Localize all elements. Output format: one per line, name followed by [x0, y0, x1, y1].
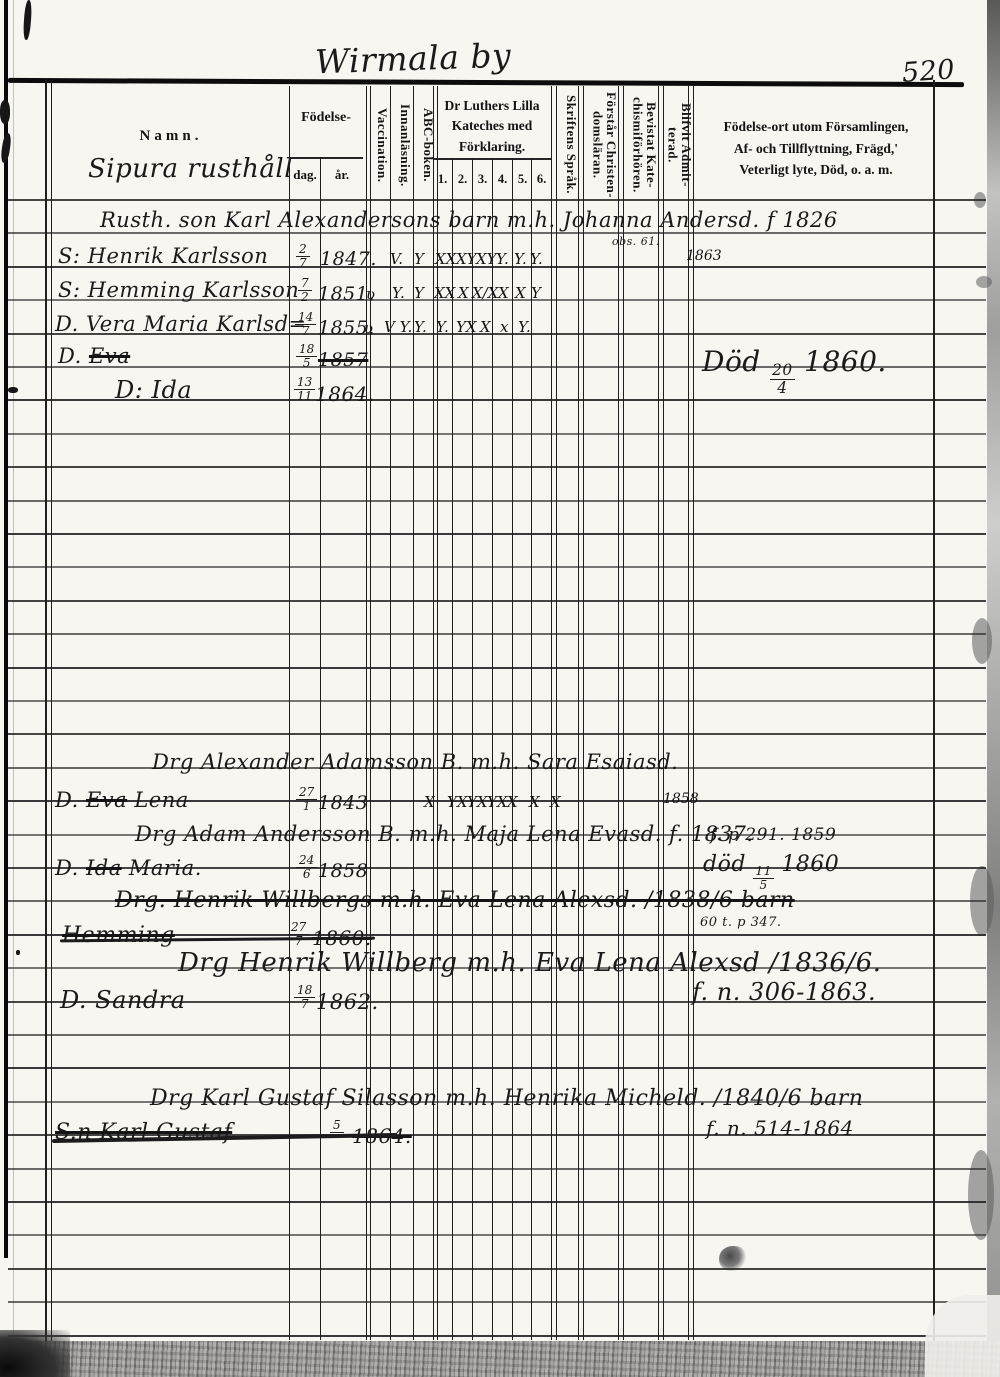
ruled-line: [8, 1301, 986, 1303]
scan-page-curl: [925, 1295, 1000, 1377]
birth-year: 1843: [318, 794, 368, 813]
mark-k5: X: [529, 793, 540, 811]
ruled-line: [8, 466, 986, 468]
page-title: Wirmala by: [314, 39, 511, 79]
ruled-line: [8, 1335, 986, 1337]
scan-noise-band: [0, 1341, 1000, 1377]
column-header-ar: år.: [322, 166, 362, 185]
kateches-col-4: 4.: [493, 170, 512, 188]
column-line: [531, 158, 532, 1340]
column-line: [492, 158, 493, 1340]
ruled-line: [8, 1034, 986, 1036]
family-header: Drg Alexander Adamsson B. m.h. Sara Esai…: [152, 752, 678, 773]
mark-k2: YX: [467, 793, 488, 811]
column-line: [413, 86, 414, 1340]
column-line: [578, 86, 579, 1340]
column-line: [45, 80, 47, 1346]
ink-speck: [23, 0, 33, 40]
ink-speck: [968, 1150, 994, 1240]
mark-k2: X: [458, 284, 469, 302]
margin-note: f. n. 306-1863.: [692, 980, 876, 1004]
mark-vaccination: ʋ: [366, 285, 375, 303]
column-header-fodelse: Födelse-: [290, 108, 362, 128]
mark-k1: YX: [447, 793, 468, 811]
mark-k6: X: [550, 793, 561, 811]
ink-speck: [976, 276, 992, 288]
mark-vaccination: ʋ: [364, 319, 373, 337]
column-line: [366, 86, 367, 1340]
scanned-church-record-page: Wirmala by 520 Namn. Sipura rusthåll Föd…: [0, 0, 1000, 1377]
ruled-line: [8, 700, 986, 702]
ruled-line: [8, 1234, 986, 1236]
mark-k5: X: [515, 284, 526, 302]
ruled-line: [8, 533, 986, 535]
birth-date: 246: [296, 854, 317, 881]
mark-abc: Y: [414, 284, 424, 302]
admitted-year: 1858: [663, 791, 699, 807]
ruled-line: [8, 733, 986, 735]
person-name: S: Hemming Karlsson: [58, 280, 299, 301]
kateches-col-1: 1.: [433, 170, 452, 188]
birth-year: 1847.: [320, 250, 377, 269]
mark-k3: X/X: [472, 284, 498, 302]
admitted-year: 1863: [686, 248, 722, 264]
mark-k4: Y.: [496, 250, 509, 268]
mark-k4: X: [498, 284, 509, 302]
kateches-col-2: 2.: [453, 170, 472, 188]
kateches-col-3: 3.: [473, 170, 492, 188]
column-header-anmarkningar: Födelse-ort utom Församlingen, Af- och T…: [700, 116, 932, 181]
birth-date: 147: [295, 311, 316, 338]
person-name: D. Ida Maria.: [55, 858, 202, 879]
mark-k6: Y: [531, 284, 541, 302]
family-header: Drg Karl Gustaf Silasson m.h. Henrika Mi…: [150, 1088, 863, 1110]
column-header-kateches: Dr Luthers Lilla Kateches med Förklaring…: [433, 96, 551, 157]
column-header-innanlasning: Innanläsning.: [391, 91, 412, 199]
family-header: Drg Adam Andersson B. m.h. Maja Lena Eva…: [135, 824, 754, 845]
ruled-line: [8, 1268, 986, 1270]
person-name: D. Sandra: [60, 988, 186, 1012]
ink-speck: [0, 133, 12, 164]
ruled-line: [8, 633, 986, 635]
column-header-namn: Namn.: [52, 126, 290, 148]
person-name: D. Eva: [58, 346, 130, 367]
birth-year: 1862.: [316, 992, 379, 1013]
table-top-border: [8, 78, 964, 87]
family-header: Drg Henrik Willberg m.h. Eva Lena Alexsd…: [178, 950, 882, 976]
mark-abc: X: [424, 793, 435, 811]
ink-speck: [16, 950, 20, 955]
mark-k4: x: [500, 318, 508, 336]
kateches-col-5: 5.: [513, 170, 532, 188]
birth-date: 185: [296, 343, 317, 370]
birth-date: 277: [288, 921, 309, 948]
birth-date: 271: [296, 786, 317, 813]
birth-date: 187: [294, 984, 315, 1011]
person-name: D. Eva Lena: [55, 790, 189, 811]
margin-note: obs. 61.: [612, 236, 660, 247]
mark-k2: XY: [456, 250, 477, 268]
ruled-line: [8, 199, 986, 201]
ruled-line: [8, 1067, 986, 1069]
column-line: [933, 80, 935, 1346]
ruled-line: [8, 1201, 986, 1203]
column-line: [370, 86, 371, 1340]
column-line: [618, 86, 619, 1340]
ruled-line: [8, 566, 986, 568]
birth-date: 5: [330, 1119, 344, 1133]
birth-date: 1311: [294, 376, 315, 403]
column-line: [512, 158, 513, 1340]
death-note: Död 204 1860.: [702, 348, 887, 397]
struck-name: Ida: [86, 856, 122, 880]
mark-k1: Y.: [436, 318, 449, 336]
mark-k5: Y.: [518, 318, 531, 336]
birth-date: 72: [298, 277, 312, 304]
ruled-line: [8, 433, 986, 435]
column-line: [623, 86, 624, 1340]
column-line: [663, 86, 664, 1340]
ink-speck: [972, 618, 992, 664]
column-line: [437, 86, 438, 1340]
mark-k5: Y.: [514, 250, 527, 268]
column-line: [551, 86, 552, 1340]
person-name: S: Henrik Karlsson: [58, 246, 268, 267]
mark-abc: Y: [414, 250, 424, 268]
birth-date: 27: [296, 243, 310, 270]
person-name: D. Vera Maria Karlsd=: [55, 314, 307, 335]
scan-corner-shadow: [0, 1330, 70, 1377]
birth-year: 1864.: [315, 384, 375, 404]
column-line: [51, 80, 52, 1346]
column-line: [688, 86, 689, 1340]
birth-year-struck: 1857: [318, 351, 368, 370]
ruled-line: [8, 232, 986, 234]
mark-k1: XX: [435, 250, 456, 268]
column-header-bevistat-katechismiforhoren: Bevistat Kate- chismiförhören.: [623, 91, 658, 199]
column-line: [433, 86, 434, 1340]
mark-k6: Y.: [530, 250, 543, 268]
struck-name: Eva: [86, 788, 127, 812]
person-name: D: Ida: [115, 378, 192, 402]
margin-note: 60 t. p 347.: [700, 916, 782, 929]
birth-year: 1858: [318, 862, 368, 881]
column-line: [390, 86, 391, 1340]
mark-innanlasning: V.: [390, 250, 403, 268]
ink-speck: [0, 100, 10, 124]
ruled-line: [8, 667, 986, 669]
ruled-line: [8, 600, 986, 602]
death-note: död 115 1860: [703, 854, 839, 893]
column-line: [658, 86, 659, 1340]
struck-name: Eva: [89, 344, 130, 368]
kateches-col-6: 6.: [532, 170, 551, 188]
margin-note: f. n. 514-1864: [706, 1118, 854, 1138]
family-header-struck: Drg. Henrik Willbergs m.h. Eva Lena Alex…: [115, 890, 795, 912]
mark-k3: YX: [487, 793, 508, 811]
column-line: [693, 86, 694, 1340]
column-header-dag: dag.: [290, 166, 320, 185]
column-line: [556, 86, 557, 1340]
mark-innanlasning: V Y.: [384, 318, 412, 336]
family-header: Rusth. son Karl Alexandersons barn m.h. …: [100, 210, 838, 231]
column-line: [289, 86, 290, 1340]
mark-k4: X: [507, 793, 518, 811]
ruled-line: [8, 500, 986, 502]
column-line: [452, 158, 453, 1340]
margin-note: f. p 291. 1859: [710, 827, 836, 844]
mark-k1: XX: [434, 284, 455, 302]
column-header-vaccination: Vaccination.: [368, 91, 389, 199]
fodelse-sub-divider: [291, 157, 363, 159]
column-line: [13, 0, 14, 1340]
column-header-forstar-christendomslaran: Förstår Christen- domsläran.: [583, 91, 618, 199]
mark-k2: YX: [456, 318, 477, 336]
mark-k3: XY: [476, 250, 497, 268]
mark-k3: X: [480, 318, 491, 336]
mark-abc: Y.: [414, 318, 427, 336]
ruled-line: [8, 1168, 986, 1170]
village-heading: Sipura rusthåll: [88, 156, 293, 182]
person-name-struck: Hemming: [62, 925, 175, 947]
column-header-abc-boken: ABC-boken.: [414, 91, 435, 199]
mark-innanlasning: Y.: [392, 284, 405, 302]
column-line: [583, 86, 584, 1340]
